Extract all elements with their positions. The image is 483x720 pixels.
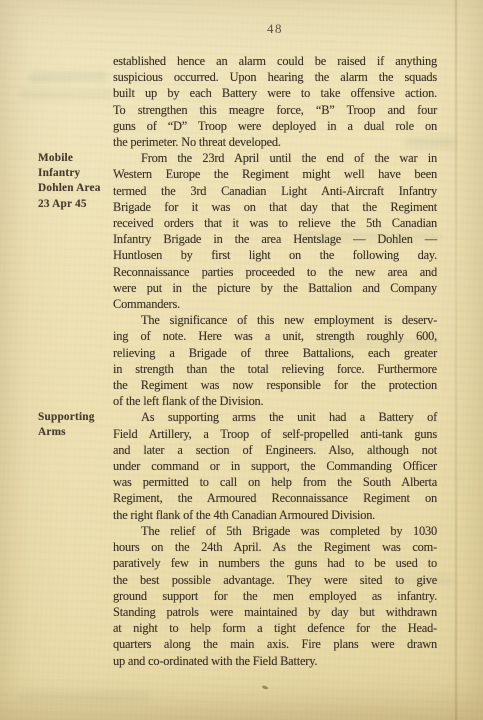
text-line: received orders that it was to relieve t…: [113, 215, 437, 231]
text-line: Brigade for it was on that day that the …: [113, 199, 437, 215]
margin-note-mobile-infantry-dohlen-area: MobileInfantryDohlen Area23 Apr 45: [38, 151, 113, 212]
text-line: paratively few in numbers the guns had t…: [113, 555, 437, 571]
paragraph: The significance of this new employment …: [113, 312, 437, 409]
text-line: built up by each Battery were to take of…: [113, 85, 437, 101]
text-line: From the 23rd April until the end of the…: [113, 150, 437, 166]
text-line: under command or in support, the Command…: [113, 458, 437, 474]
page-edge-crease: [455, 0, 457, 720]
text-line: the Regiment was now responsible for the…: [113, 377, 437, 393]
text-line: Western Europe the Regiment might well h…: [113, 166, 437, 182]
text-line: Field Artillery, a Troop of self-propell…: [113, 426, 437, 442]
text-line: relieving a Brigade of three Battalions,…: [113, 345, 437, 361]
margin-note-supporting-arms: SupportingArms: [38, 410, 113, 440]
margin-note-line: Arms: [38, 425, 113, 440]
text-line: As supporting arms the unit had a Batter…: [113, 409, 437, 425]
paragraph: The relief of 5th Brigade was completed …: [113, 523, 437, 669]
scanned-book-page: 48 MobileInfantryDohlen Area23 Apr 45Sup…: [0, 0, 483, 720]
text-line: suspicious occurred. Upon hearing the al…: [113, 69, 437, 85]
text-line: guns of “D” Troop were deployed in a dua…: [113, 118, 437, 134]
text-line: was permitted to call on help from the S…: [113, 474, 437, 490]
text-line: quarters along the main axis. Fire plans…: [113, 636, 437, 652]
paragraph: established hence an alarm could be rais…: [113, 53, 437, 150]
ink-speck: [262, 685, 269, 690]
text-line: hours on the 24th April. As the Regiment…: [113, 539, 437, 555]
text-line: the perimeter. No threat developed.: [113, 134, 437, 150]
showthrough-artifact: [28, 71, 108, 82]
text-line: Standing patrols were maintained by day …: [113, 604, 437, 620]
paragraph: As supporting arms the unit had a Batter…: [113, 409, 437, 522]
page-number: 48: [113, 21, 437, 37]
text-line: The relief of 5th Brigade was completed …: [113, 523, 437, 539]
margin-note-line: 23 Apr 45: [38, 197, 113, 212]
text-line: at night to help form a tight defence fo…: [113, 620, 437, 636]
text-line: The significance of this new employment …: [113, 312, 437, 328]
paragraph: From the 23rd April until the end of the…: [113, 150, 437, 312]
text-line: and later a section of Engineers. Also, …: [113, 442, 437, 458]
text-line: Reconnaissance parties proceeded to the …: [113, 264, 437, 280]
text-line: Commanders.: [113, 296, 437, 312]
text-line: Regiment, the Armoured Reconnaissance Re…: [113, 490, 437, 506]
text-line: established hence an alarm could be rais…: [113, 53, 437, 69]
text-line: the right flank of the 4th Canadian Armo…: [113, 507, 437, 523]
text-line: ground support for the men employed as i…: [113, 588, 437, 604]
text-line: termed the 3rd Canadian Light Anti-Aircr…: [113, 183, 437, 199]
text-line: ing of note. Here was a unit, strength r…: [113, 328, 437, 344]
text-line: of the left flank of the Division.: [113, 393, 437, 409]
text-line: Huntlosen by first light on the followin…: [113, 247, 437, 263]
text-line: in strength than the total relieving for…: [113, 361, 437, 377]
text-line: the best possible advantage. They were s…: [113, 572, 437, 588]
text-line: up and co-ordinated with the Field Batte…: [113, 653, 437, 669]
text-line: Infantry Brigade in the area Hentslage —…: [113, 231, 437, 247]
showthrough-artifact: [20, 692, 150, 702]
body-text: established hence an alarm could be rais…: [113, 53, 437, 669]
text-line: To strengthen this meagre force, “B” Tro…: [113, 102, 437, 118]
margin-note-line: Dohlen Area: [38, 181, 113, 196]
showthrough-artifact: [20, 90, 112, 99]
margin-note-line: Supporting: [38, 410, 113, 425]
text-line: were put in the picture by the Battalion…: [113, 280, 437, 296]
margin-note-line: Mobile: [38, 151, 113, 166]
margin-note-line: Infantry: [38, 166, 113, 181]
